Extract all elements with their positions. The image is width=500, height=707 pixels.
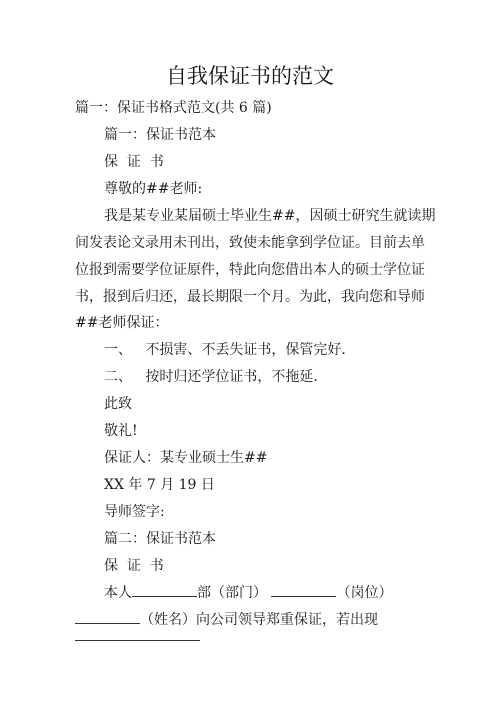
paragraph-line: 间发表论文录用未刊出，致使未能拿到学位证。目前去单 <box>75 234 425 252</box>
letter-title: 保 证 书 <box>104 153 164 171</box>
paragraph-line: 书，报到后归还，最长期限一个月。为此，我向您和导师 <box>75 288 425 306</box>
blank-field <box>75 628 200 641</box>
document-title: 自我保证书的范文 <box>0 60 500 90</box>
subsection-heading: 篇二：保证书范本 <box>104 530 216 548</box>
subsection-heading: 篇一：保证书范本 <box>104 126 216 144</box>
date-line: XX 年 7 月 19 日 <box>104 476 215 494</box>
pledge-item-1: 一、 不损害、不丢失证书，保管完好. <box>104 341 346 359</box>
blank-field <box>75 611 140 624</box>
advisor-signature-line: 导师签字: <box>104 503 165 521</box>
guarantor-line: 保证人：某专业硕士生## <box>104 449 267 467</box>
salutation: 尊敬的##老师: <box>104 180 202 198</box>
form-name-text: （姓名）向公司领导郑重保证，若出现 <box>140 612 378 628</box>
paragraph-line: 位报到需要学位证原件，特此向您借出本人的硕士学位证 <box>75 261 425 279</box>
form-line-3 <box>75 628 200 646</box>
form-line-2: （姓名）向公司领导郑重保证，若出现 <box>75 611 378 629</box>
blank-field <box>271 584 336 597</box>
closing-regards: 敬礼! <box>104 422 138 440</box>
form-prefix: 本人 <box>104 585 132 601</box>
pledge-item-2: 二、 按时归还学位证书，不拖延. <box>104 368 318 386</box>
paragraph-line: ##老师保证： <box>75 314 168 332</box>
form-post-label: （岗位） <box>336 585 392 601</box>
section-heading: 篇一：保证书格式范文(共 6 篇) <box>75 99 272 117</box>
letter-title: 保 证 书 <box>104 557 164 575</box>
blank-field <box>132 584 197 597</box>
closing-line: 此致 <box>104 395 132 413</box>
form-dept-label: 部（部门） <box>197 585 267 601</box>
paragraph-line: 我是某专业某届硕士毕业生##，因硕士研究生就读期 <box>104 207 435 225</box>
form-line-1: 本人部（部门） （岗位） <box>104 584 392 602</box>
